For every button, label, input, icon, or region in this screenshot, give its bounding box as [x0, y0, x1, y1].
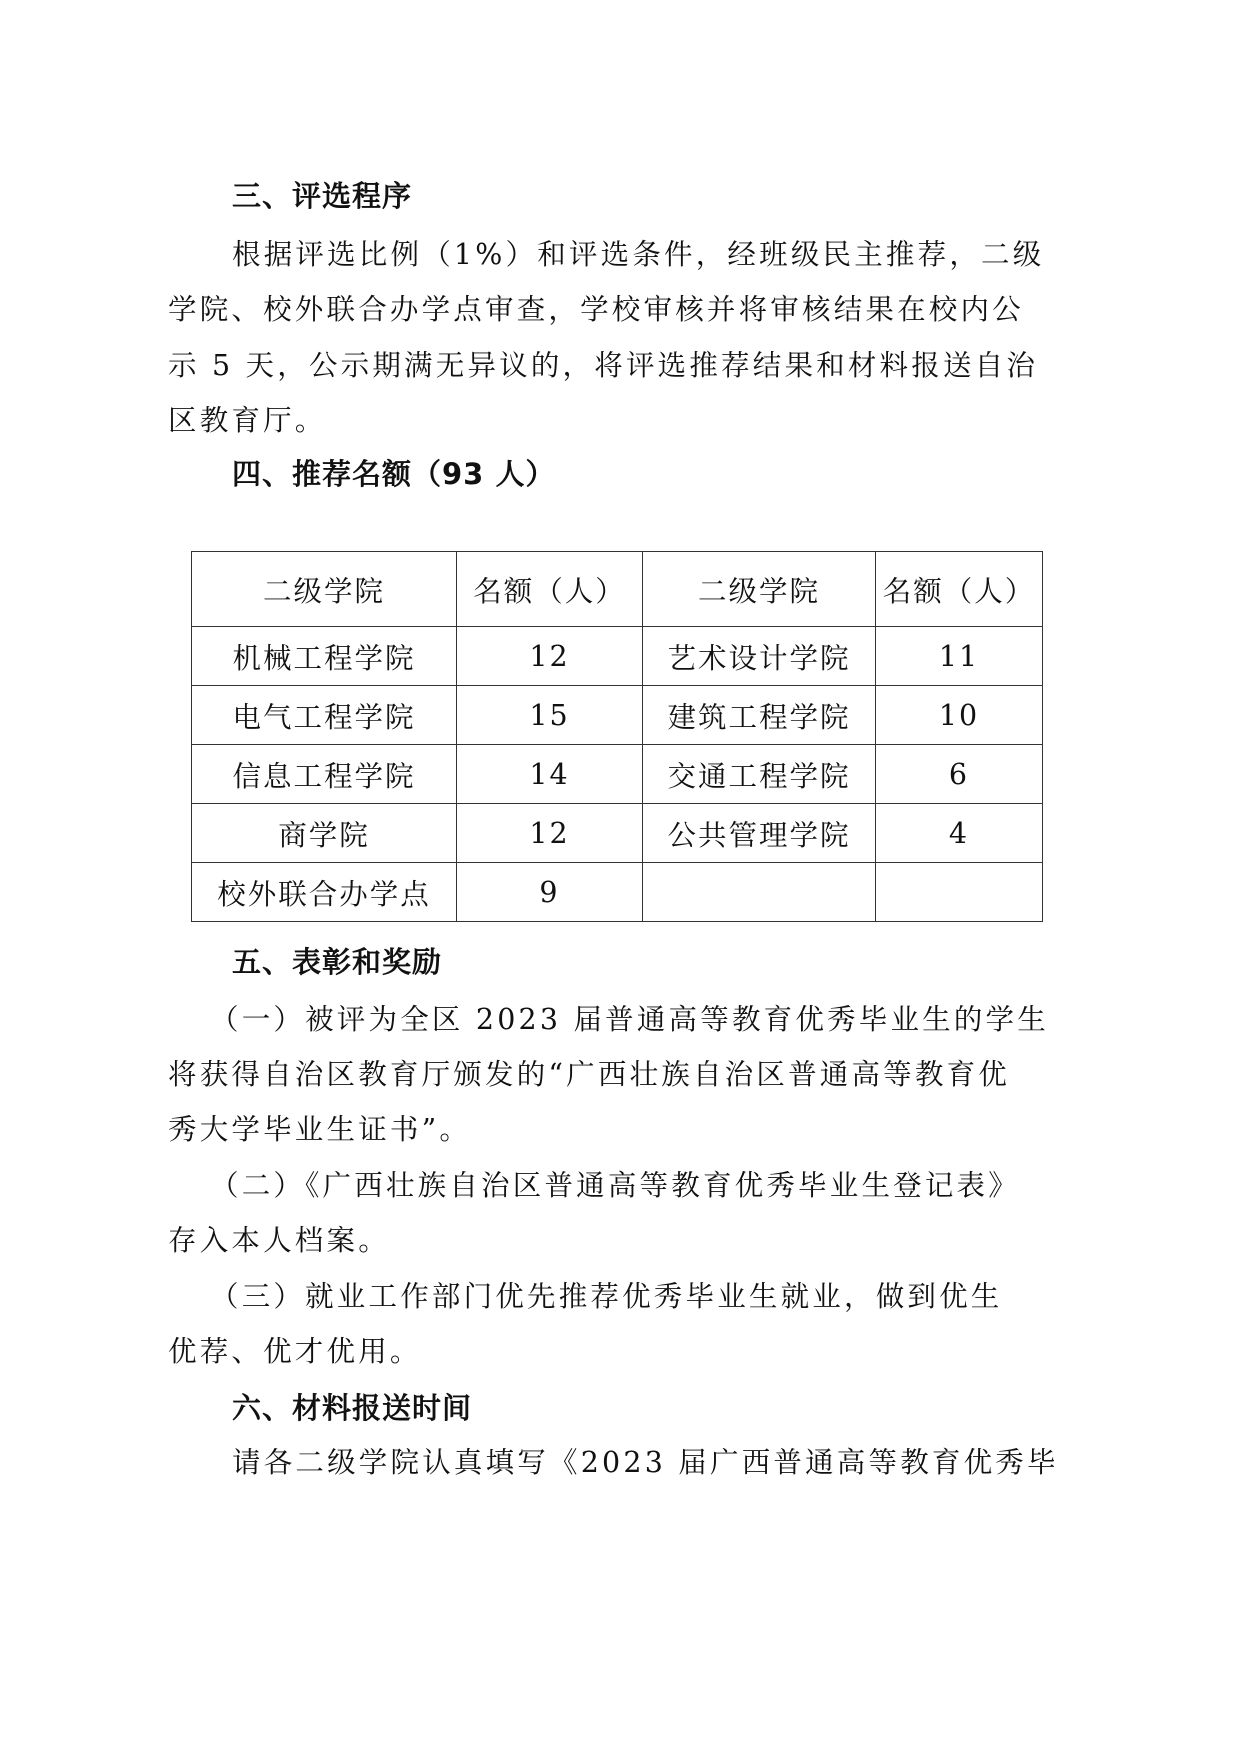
table-row: 电气工程学院 15 建筑工程学院 10: [192, 686, 1043, 745]
document-page: 三、评选程序 根据评选比例（1%）和评选条件，经班级民主推荐，二级 学院、校外联…: [0, 0, 1240, 1753]
quota-cell: 12: [457, 627, 643, 686]
section-3-paragraph-line: 区教育厅。: [168, 398, 327, 439]
college-cell: 公共管理学院: [643, 804, 876, 863]
section-6-paragraph-line: 请各二级学院认真填写《2023 届广西普通高等教育优秀毕: [232, 1440, 1059, 1481]
quota-cell: 11: [876, 627, 1043, 686]
college-cell: 建筑工程学院: [643, 686, 876, 745]
section-5-paragraph-line: 优荐、优才优用。: [168, 1329, 422, 1370]
college-cell: 信息工程学院: [192, 745, 457, 804]
quota-cell: 12: [457, 804, 643, 863]
header-quota: 名额（人）: [457, 552, 643, 627]
header-quota: 名额（人）: [876, 552, 1043, 627]
quota-cell: 9: [457, 863, 643, 922]
section-3-paragraph-line: 学院、校外联合办学点审查，学校审核并将审核结果在校内公: [168, 287, 1024, 328]
quota-cell: 6: [876, 745, 1043, 804]
college-cell: 交通工程学院: [643, 745, 876, 804]
section-5-heading: 五、表彰和奖励: [232, 940, 442, 981]
section-5-paragraph-line: （三）就业工作部门优先推荐优秀毕业生就业，做到优生: [210, 1274, 1003, 1315]
section-3-paragraph-line: 根据评选比例（1%）和评选条件，经班级民主推荐，二级: [232, 232, 1044, 273]
section-5-paragraph-line: 存入本人档案。: [168, 1218, 390, 1259]
section-3-heading: 三、评选程序: [232, 174, 412, 215]
section-5-paragraph-line: 秀大学毕业生证书”。: [168, 1107, 471, 1148]
header-college: 二级学院: [192, 552, 457, 627]
quota-cell: [876, 863, 1043, 922]
college-cell: 艺术设计学院: [643, 627, 876, 686]
college-cell: 商学院: [192, 804, 457, 863]
college-cell: 校外联合办学点: [192, 863, 457, 922]
table-row: 信息工程学院 14 交通工程学院 6: [192, 745, 1043, 804]
table-row: 商学院 12 公共管理学院 4: [192, 804, 1043, 863]
section-5-paragraph-line: （二）《广西壮族自治区普通高等教育优秀毕业生登记表》: [210, 1163, 1020, 1204]
section-4-heading: 四、推荐名额（93 人）: [232, 452, 555, 493]
quota-cell: 4: [876, 804, 1043, 863]
college-cell: [643, 863, 876, 922]
quota-cell: 10: [876, 686, 1043, 745]
quota-cell: 15: [457, 686, 643, 745]
section-5-paragraph-line: （一）被评为全区 2023 届普通高等教育优秀毕业生的学生: [210, 997, 1049, 1038]
section-6-heading: 六、材料报送时间: [232, 1386, 472, 1427]
college-cell: 机械工程学院: [192, 627, 457, 686]
section-3-paragraph-line: 示 5 天，公示期满无异议的，将评选推荐结果和材料报送自治: [168, 343, 1038, 384]
quota-table: 二级学院 名额（人） 二级学院 名额（人） 机械工程学院 12 艺术设计学院 1…: [191, 551, 1043, 922]
table-row: 校外联合办学点 9: [192, 863, 1043, 922]
table-row: 机械工程学院 12 艺术设计学院 11: [192, 627, 1043, 686]
section-5-paragraph-line: 将获得自治区教育厅颁发的“广西壮族自治区普通高等教育优: [168, 1052, 1010, 1093]
college-cell: 电气工程学院: [192, 686, 457, 745]
quota-cell: 14: [457, 745, 643, 804]
table-header-row: 二级学院 名额（人） 二级学院 名额（人）: [192, 552, 1043, 627]
header-college: 二级学院: [643, 552, 876, 627]
